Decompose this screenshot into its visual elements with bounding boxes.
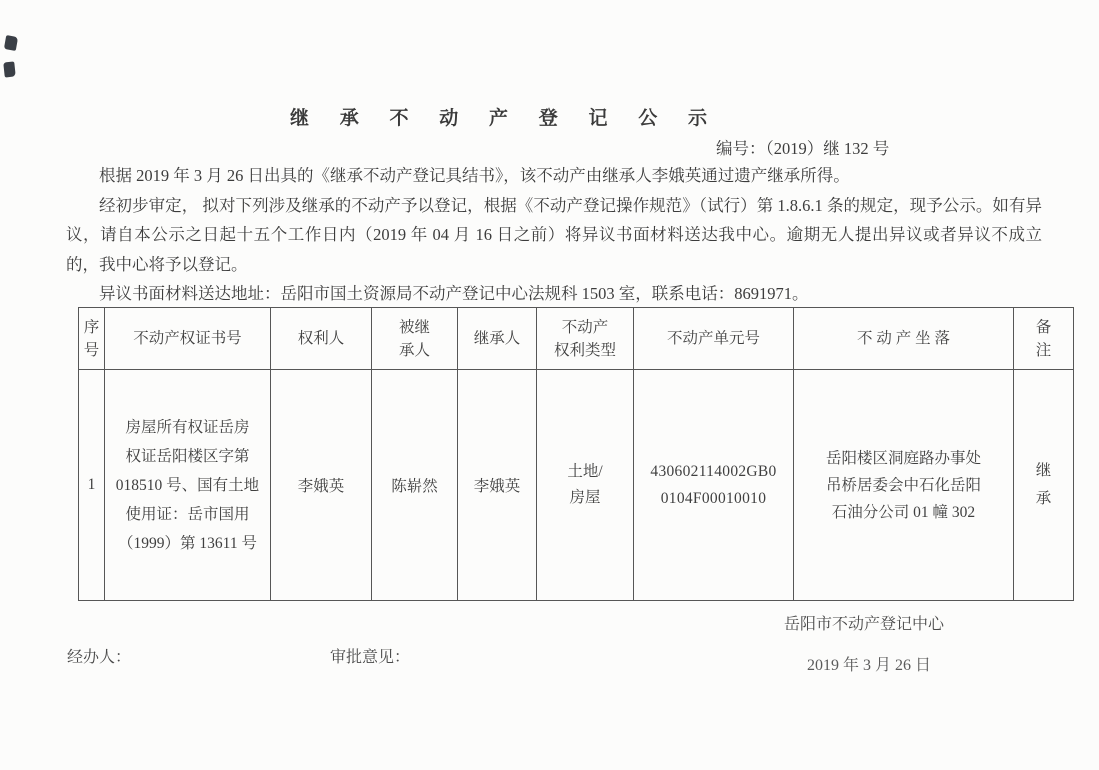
doc-number: 编号：（2019）继 132 号 bbox=[716, 135, 889, 159]
table-header-row: 序 号 不动产权证书号 权利人 被继 承人 继承人 不动产 权利类型 不动产单元… bbox=[79, 308, 1074, 370]
cell-seq: 1 bbox=[79, 370, 105, 601]
cell-right-type: 土地/ 房屋 bbox=[537, 370, 634, 601]
scan-artifact bbox=[4, 35, 18, 51]
col-header-unit-no: 不动产单元号 bbox=[634, 308, 794, 370]
paragraph-announcement: 经初步审定， 拟对下列涉及继承的不动产予以登记，根据《不动产登记操作规范》（试行… bbox=[66, 191, 1042, 280]
col-header-cert-no: 不动产权证书号 bbox=[105, 308, 271, 370]
cell-heir: 李娥英 bbox=[458, 370, 537, 601]
issue-date: 2019 年 3 月 26 日 bbox=[807, 652, 931, 675]
col-header-right-type: 不动产 权利类型 bbox=[537, 308, 634, 370]
issuing-org: 岳阳市不动产登记中心 bbox=[784, 611, 944, 634]
cell-location: 岳阳楼区洞庭路办事处 吊桥居委会中石化岳阳 石油分公司 01 幢 302 bbox=[794, 370, 1014, 601]
scanned-notice-page: 继 承 不 动 产 登 记 公 示 编号：（2019）继 132 号 根据 20… bbox=[0, 0, 1099, 770]
cell-cert-no: 房屋所有权证岳房 权证岳阳楼区字第 018510 号、国有土地 使用证：岳市国用… bbox=[105, 370, 271, 601]
approval-label: 审批意见： bbox=[330, 644, 410, 667]
col-header-holder: 权利人 bbox=[271, 308, 372, 370]
col-header-seq: 序 号 bbox=[79, 308, 105, 370]
cell-holder: 李娥英 bbox=[271, 370, 372, 601]
col-header-location: 不 动 产 坐 落 bbox=[794, 308, 1014, 370]
notice-body: 根据 2019 年 3 月 26 日出具的《继承不动产登记具结书》，该不动产由继… bbox=[66, 161, 1042, 309]
cell-decedent: 陈崭然 bbox=[372, 370, 458, 601]
col-header-heir: 继承人 bbox=[458, 308, 537, 370]
cell-remark: 继 承 bbox=[1014, 370, 1074, 601]
cell-unit-no: 430602114002GB0 0104F00010010 bbox=[634, 370, 794, 601]
paragraph-basis: 根据 2019 年 3 月 26 日出具的《继承不动产登记具结书》，该不动产由继… bbox=[66, 161, 1042, 191]
operator-label: 经办人： bbox=[67, 644, 131, 667]
col-header-remark: 备 注 bbox=[1014, 308, 1074, 370]
registration-table: 序 号 不动产权证书号 权利人 被继 承人 继承人 不动产 权利类型 不动产单元… bbox=[78, 307, 1074, 601]
scan-artifact bbox=[3, 61, 16, 77]
page-title: 继 承 不 动 产 登 记 公 示 bbox=[0, 103, 1010, 130]
table-row: 1 房屋所有权证岳房 权证岳阳楼区字第 018510 号、国有土地 使用证：岳市… bbox=[79, 370, 1074, 601]
col-header-decedent: 被继 承人 bbox=[372, 308, 458, 370]
paragraph-contact: 异议书面材料送达地址：岳阳市国土资源局不动产登记中心法规科 1503 室，联系电… bbox=[66, 279, 1042, 309]
